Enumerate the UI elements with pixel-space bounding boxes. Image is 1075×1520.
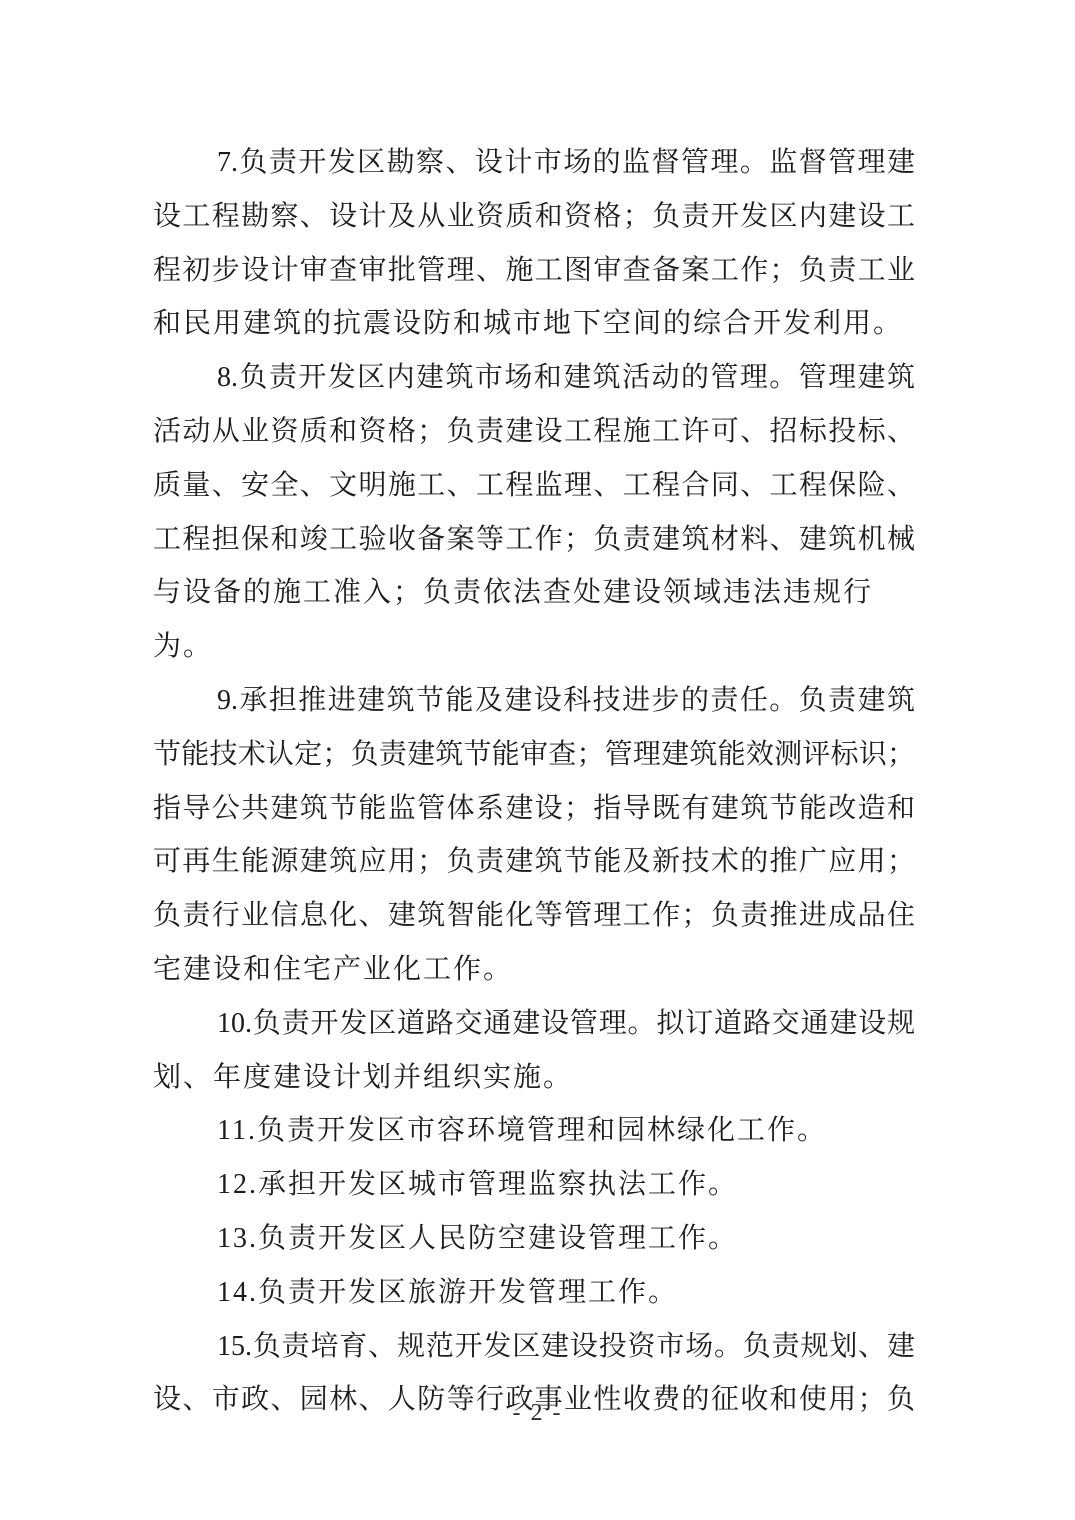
text-line: 节能技术认定；负责建筑节能审查；管理建筑能效测评标识； — [153, 728, 915, 782]
paragraph-item-11: 11.负责开发区市容环境管理和园林绿化工作。 — [153, 1104, 915, 1158]
text-line: 15.负责培育、规范开发区建设投资市场。负责规划、建 — [153, 1320, 915, 1374]
document-body: 7.负责开发区勘察、设计市场的监督管理。监督管理建设工程勘察、设计及从业资质和资… — [153, 136, 915, 1427]
text-line: 与设备的施工准入；负责依法查处建设领域违法违规行为。 — [153, 566, 915, 674]
text-line: 划、年度建设计划并组织实施。 — [153, 1051, 915, 1105]
text-line: 7.负责开发区勘察、设计市场的监督管理。监督管理建 — [153, 136, 915, 190]
text-line: 12.承担开发区城市管理监察执法工作。 — [153, 1158, 915, 1212]
text-line: 设工程勘察、设计及从业资质和资格；负责开发区内建设工 — [153, 190, 915, 244]
text-line: 9.承担推进建筑节能及建设科技进步的责任。负责建筑 — [153, 674, 915, 728]
paragraph-item-13: 13.负责开发区人民防空建设管理工作。 — [153, 1212, 915, 1266]
text-line: 质量、安全、文明施工、工程监理、工程合同、工程保险、 — [153, 459, 915, 513]
text-line: 14.负责开发区旅游开发管理工作。 — [153, 1266, 915, 1320]
text-line: 可再生能源建筑应用；负责建筑节能及新技术的推广应用； — [153, 835, 915, 889]
text-line: 指导公共建筑节能监管体系建设；指导既有建筑节能改造和 — [153, 782, 915, 836]
text-line: 10.负责开发区道路交通建设管理。拟订道路交通建设规 — [153, 997, 915, 1051]
text-line: 和民用建筑的抗震设防和城市地下空间的综合开发利用。 — [153, 297, 915, 351]
paragraph-item-10: 10.负责开发区道路交通建设管理。拟订道路交通建设规划、年度建设计划并组织实施。 — [153, 997, 915, 1105]
paragraph-item-9: 9.承担推进建筑节能及建设科技进步的责任。负责建筑节能技术认定；负责建筑节能审查… — [153, 674, 915, 997]
paragraph-item-8: 8.负责开发区内建筑市场和建筑活动的管理。管理建筑活动从业资质和资格；负责建设工… — [153, 351, 915, 674]
text-line: 11.负责开发区市容环境管理和园林绿化工作。 — [153, 1104, 915, 1158]
text-line: 宅建设和住宅产业化工作。 — [153, 943, 915, 997]
text-line: 工程担保和竣工验收备案等工作；负责建筑材料、建筑机械 — [153, 513, 915, 567]
paragraph-item-7: 7.负责开发区勘察、设计市场的监督管理。监督管理建设工程勘察、设计及从业资质和资… — [153, 136, 915, 351]
text-line: 负责行业信息化、建筑智能化等管理工作；负责推进成品住 — [153, 889, 915, 943]
page-number: - 2 - — [0, 1400, 1075, 1427]
paragraph-item-14: 14.负责开发区旅游开发管理工作。 — [153, 1266, 915, 1320]
text-line: 活动从业资质和资格；负责建设工程施工许可、招标投标、 — [153, 405, 915, 459]
text-line: 程初步设计审查审批管理、施工图审查备案工作；负责工业 — [153, 244, 915, 298]
document-page: 7.负责开发区勘察、设计市场的监督管理。监督管理建设工程勘察、设计及从业资质和资… — [0, 0, 1075, 1520]
text-line: 13.负责开发区人民防空建设管理工作。 — [153, 1212, 915, 1266]
text-line: 8.负责开发区内建筑市场和建筑活动的管理。管理建筑 — [153, 351, 915, 405]
paragraph-item-12: 12.承担开发区城市管理监察执法工作。 — [153, 1158, 915, 1212]
